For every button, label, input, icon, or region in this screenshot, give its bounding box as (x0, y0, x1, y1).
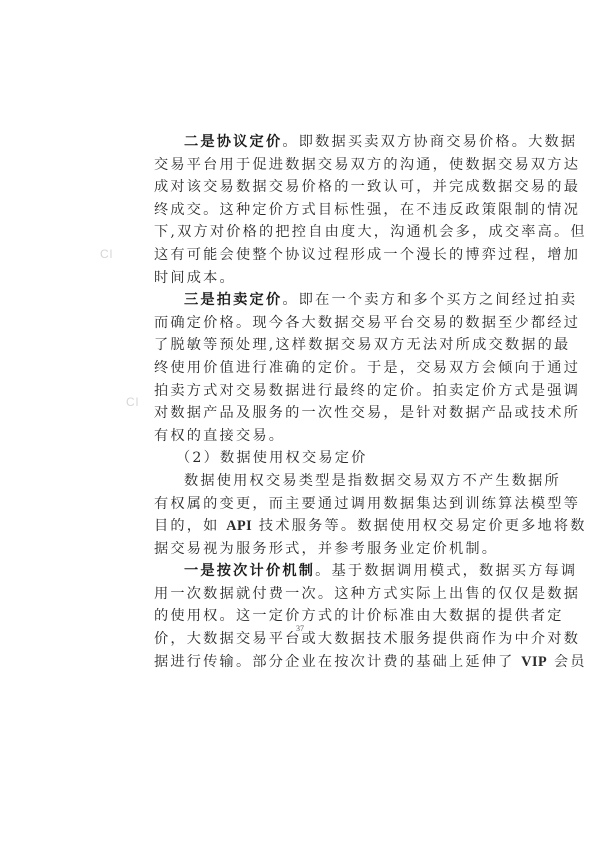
section-heading: （2）数据使用权交易定价 (154, 447, 452, 470)
text-line: 下,双方对价格的把控自由度大，沟通机会多，成交率高。但 (154, 221, 452, 244)
text-line: 终成交。这种定价方式目标性强，在不违反政策限制的情况 (154, 199, 452, 222)
text-line: 时间成本。 (154, 267, 452, 290)
text-line: 三是拍卖定价。即在一个卖方和多个买方之间经过拍卖 (154, 289, 452, 312)
document-page: Cl Cl 二是协议定价。即数据买卖双方协商交易价格。大数据 交易平台用于促进数… (0, 0, 600, 848)
watermark-mark: Cl (126, 395, 139, 409)
text-line: 交易平台用于促进数据交易双方的沟通，使数据交易双方达 (154, 154, 452, 177)
text-span: 。即数据买卖双方协商交易价格。大数据 (282, 134, 577, 150)
text-line: 目的，如 API 技术服务等。数据使用权交易定价更多地将数 (154, 515, 452, 538)
text-line: 而确定价格。现今各大数据交易平台交易的数据至少都经过 (154, 312, 452, 335)
text-span: 目的，如 (154, 518, 226, 534)
text-line: 有权属的变更，而主要通过调用数据集达到训练算法模型等 (154, 493, 452, 516)
page-number: 37 (296, 624, 304, 633)
text-line: 对数据产品及服务的一次性交易，是针对数据产品或技术所 (154, 402, 452, 425)
text-line: 拍卖方式对交易数据进行最终的定价。拍卖定价方式是强调 (154, 380, 452, 403)
inline-term: API (226, 518, 252, 534)
text-line: 据进行传输。部分企业在按次计费的基础上延伸了 VIP 会员 (154, 651, 452, 674)
text-line: 这有可能会使整个协议过程形成一个漫长的博弈过程，增加 (154, 244, 452, 267)
text-line: 据交易视为服务形式，并参考服务业定价机制。 (154, 538, 452, 561)
text-span: 。基于数据调用模式，数据买方每调 (315, 563, 577, 579)
text-span: 技术服务等。数据使用权交易定价更多地将数 (259, 518, 587, 534)
text-line: 一是按次计价机制。基于数据调用模式，数据买方每调 (154, 560, 452, 583)
body-text: 二是协议定价。即数据买卖双方协商交易价格。大数据 交易平台用于促进数据交易双方的… (154, 131, 452, 673)
text-span: 据进行传输。部分企业在按次计费的基础上延伸了 (154, 654, 521, 670)
text-line: 有权的直接交易。 (154, 425, 452, 448)
text-line: 了脱敏等预处理,这样数据交易双方无法对所成交数据的最 (154, 334, 452, 357)
watermark-mark: Cl (100, 247, 113, 261)
bold-lead: 三是拍卖定价 (184, 292, 282, 308)
text-span: 会员 (547, 654, 587, 670)
inline-term: VIP (521, 654, 547, 670)
text-span: 。即在一个卖方和多个买方之间经过拍卖 (282, 292, 577, 308)
text-line: 终使用价值进行准确的定价。于是，交易双方会倾向于通过 (154, 357, 452, 380)
text-line: 用一次数据就付费一次。这种方式实际上出售的仅仅是数据 (154, 583, 452, 606)
bold-lead: 一是按次计价机制 (184, 563, 315, 579)
text-line: 二是协议定价。即数据买卖双方协商交易价格。大数据 (154, 131, 452, 154)
text-line: 成对该交易数据交易价格的一致认可，并完成数据交易的最 (154, 176, 452, 199)
text-line: 数据使用权交易类型是指数据交易双方不产生数据所 (154, 470, 452, 493)
bold-lead: 二是协议定价 (184, 134, 282, 150)
